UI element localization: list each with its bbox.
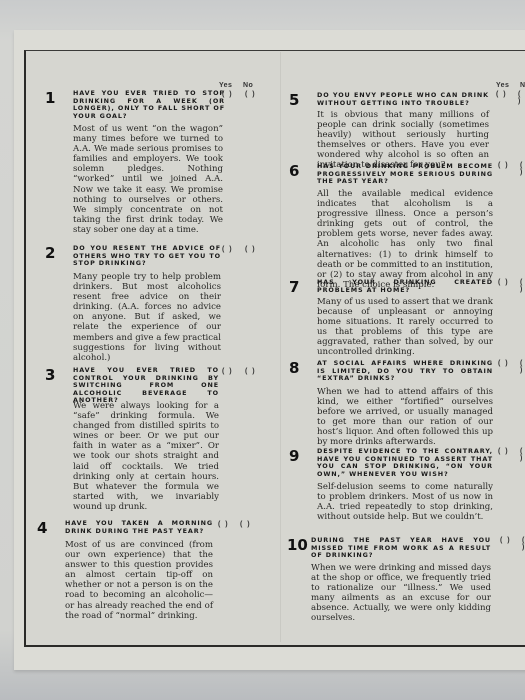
question-title: At social affairs where drinking is limi… [317, 360, 493, 383]
question-number: 5 [289, 91, 299, 109]
question-title: During the past year have you missed tim… [311, 537, 491, 560]
center-fold [280, 52, 281, 642]
no-column-header: No [243, 82, 253, 89]
question-number: 4 [37, 519, 47, 537]
question-number: 9 [289, 447, 299, 465]
question-title: Has your drinking problem become progres… [317, 163, 493, 186]
question-body: We were always looking for a “safe” drin… [73, 401, 219, 512]
q8-yes-checkbox[interactable]: ( ) [498, 360, 509, 367]
q7-no-checkbox[interactable]: ( ) [520, 279, 525, 293]
question-body: Self-delusion seems to come naturally to… [317, 482, 493, 522]
question-body: Most of us went “on the wagon” many time… [73, 124, 223, 235]
yes-column-header: Yes [219, 82, 232, 89]
question-title: Have you taken a morning drink during th… [65, 520, 213, 535]
q2-no-checkbox[interactable]: ( ) [245, 246, 256, 253]
question-number: 6 [289, 162, 299, 180]
q4-yes-checkbox[interactable]: ( ) [218, 521, 229, 528]
q1-no-checkbox[interactable]: ( ) [245, 91, 256, 98]
q10-yes-checkbox[interactable]: ( ) [500, 537, 511, 544]
question-number: 2 [45, 244, 55, 262]
question-title: Has your drinking created problems at ho… [317, 279, 493, 294]
q5-no-checkbox[interactable]: ( ) [518, 91, 525, 105]
question-title: Have you ever tried to stop drinking for… [73, 90, 225, 120]
yes-column-header-right: Yes [496, 82, 509, 89]
question-body: Many of us used to assert that we drank … [317, 297, 493, 358]
q8-no-checkbox[interactable]: ( ) [520, 360, 525, 374]
q5-yes-checkbox[interactable]: ( ) [496, 91, 507, 98]
question-number: 3 [45, 366, 55, 384]
question-body: When we were drinking and missed days at… [311, 563, 491, 624]
q3-yes-checkbox[interactable]: ( ) [222, 368, 233, 375]
question-title: Despite evidence to the contrary, have y… [317, 448, 493, 478]
question-body: Many people try to help problem drinkers… [73, 272, 221, 363]
question-title: Do you resent the advice of others who t… [73, 245, 221, 268]
q7-yes-checkbox[interactable]: ( ) [498, 279, 509, 286]
question-number: 10 [287, 536, 308, 554]
q3-no-checkbox[interactable]: ( ) [245, 368, 256, 375]
q1-yes-checkbox[interactable]: ( ) [222, 91, 233, 98]
question-title: Have you ever tried to control your drin… [73, 367, 219, 405]
question-number: 8 [289, 359, 299, 377]
q2-yes-checkbox[interactable]: ( ) [222, 246, 233, 253]
question-body: Most of us are convinced (from our own e… [65, 540, 213, 621]
question-body: All the available medical evidence indic… [317, 189, 493, 290]
q9-no-checkbox[interactable]: ( ) [520, 448, 525, 462]
question-body: When we had to attend affairs of this ki… [317, 387, 493, 448]
q9-yes-checkbox[interactable]: ( ) [498, 448, 509, 455]
question-number: 1 [45, 89, 55, 107]
q6-no-checkbox[interactable]: ( ) [520, 162, 525, 176]
q4-no-checkbox[interactable]: ( ) [240, 521, 251, 528]
q6-yes-checkbox[interactable]: ( ) [498, 162, 509, 169]
no-column-header-right: No [520, 82, 525, 89]
question-number: 7 [289, 278, 299, 296]
question-title: Do you envy people who can drink without… [317, 92, 489, 107]
